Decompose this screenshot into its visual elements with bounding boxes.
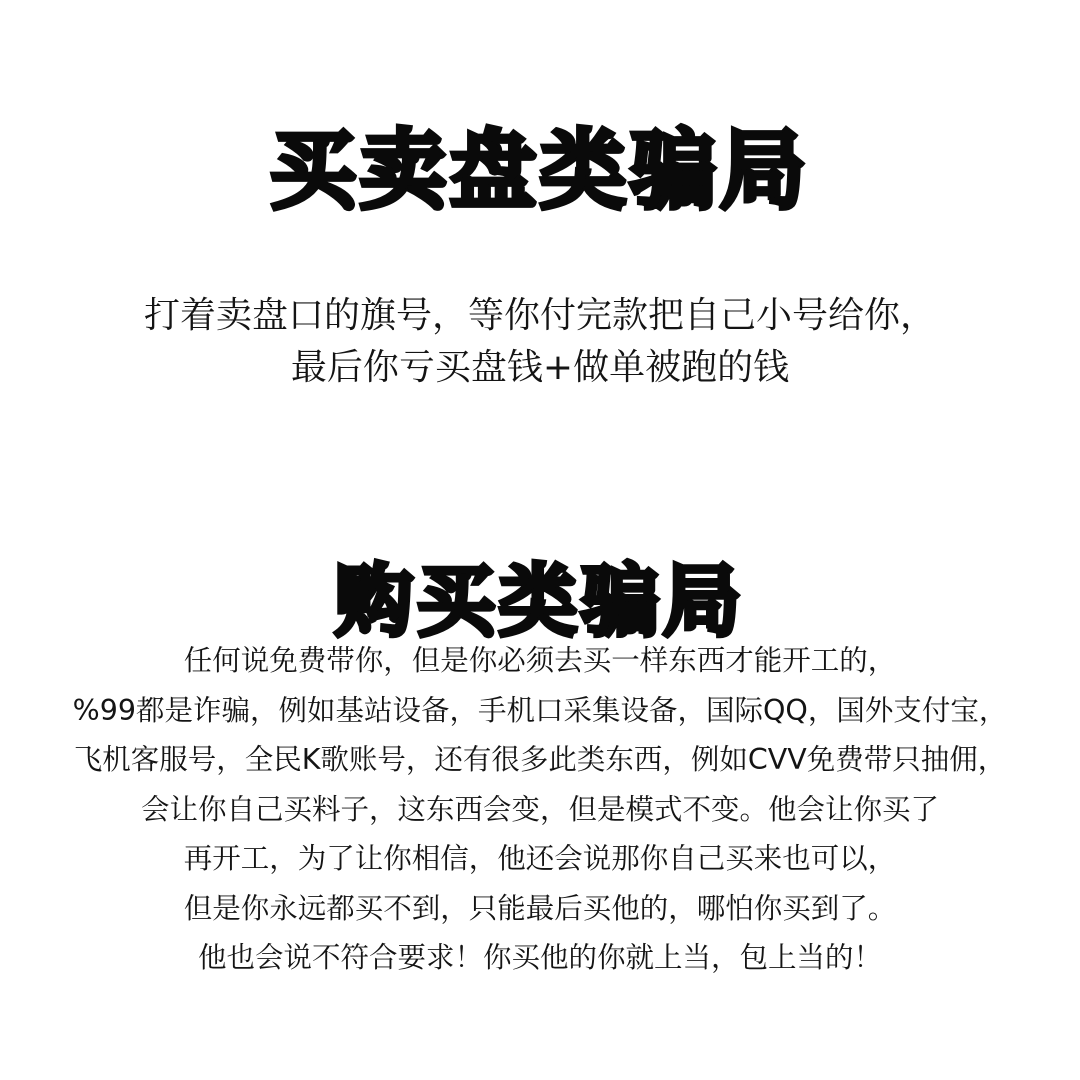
text-line: 会让你自己买料子，这东西会变，但是模式不变。他会让你买了 bbox=[0, 785, 1080, 835]
text-line: 飞机客服号，全民K歌账号，还有很多此类东西，例如CVV免费带只抽佣， bbox=[0, 735, 1080, 785]
buy-sell-scam-description: 打着卖盘口的旗号，等你付完款把自己小号给你， 最后你亏买盘钱+做单被跑的钱 bbox=[0, 290, 1080, 394]
heading-buy-sell-scam: 买卖盘类骗局 bbox=[0, 128, 1080, 214]
text-line: 最后你亏买盘钱+做单被跑的钱 bbox=[0, 342, 1080, 394]
heading-purchase-scam: 购买类骗局 bbox=[0, 563, 1080, 641]
text-line: 他也会说不符合要求！你买他的你就上当，包上当的！ bbox=[0, 933, 1080, 983]
text-line: 但是你永远都买不到，只能最后买他的，哪怕你买到了。 bbox=[0, 884, 1080, 934]
text-line: 打着卖盘口的旗号，等你付完款把自己小号给你， bbox=[0, 290, 1080, 342]
text-line: 再开工，为了让你相信，他还会说那你自己买来也可以， bbox=[0, 834, 1080, 884]
purchase-scam-description: 任何说免费带你，但是你必须去买一样东西才能开工的， %99都是诈骗，例如基站设备… bbox=[0, 636, 1080, 983]
text-line: %99都是诈骗，例如基站设备，手机口采集设备，国际QQ，国外支付宝， bbox=[0, 686, 1080, 736]
text-line: 任何说免费带你，但是你必须去买一样东西才能开工的， bbox=[0, 636, 1080, 686]
